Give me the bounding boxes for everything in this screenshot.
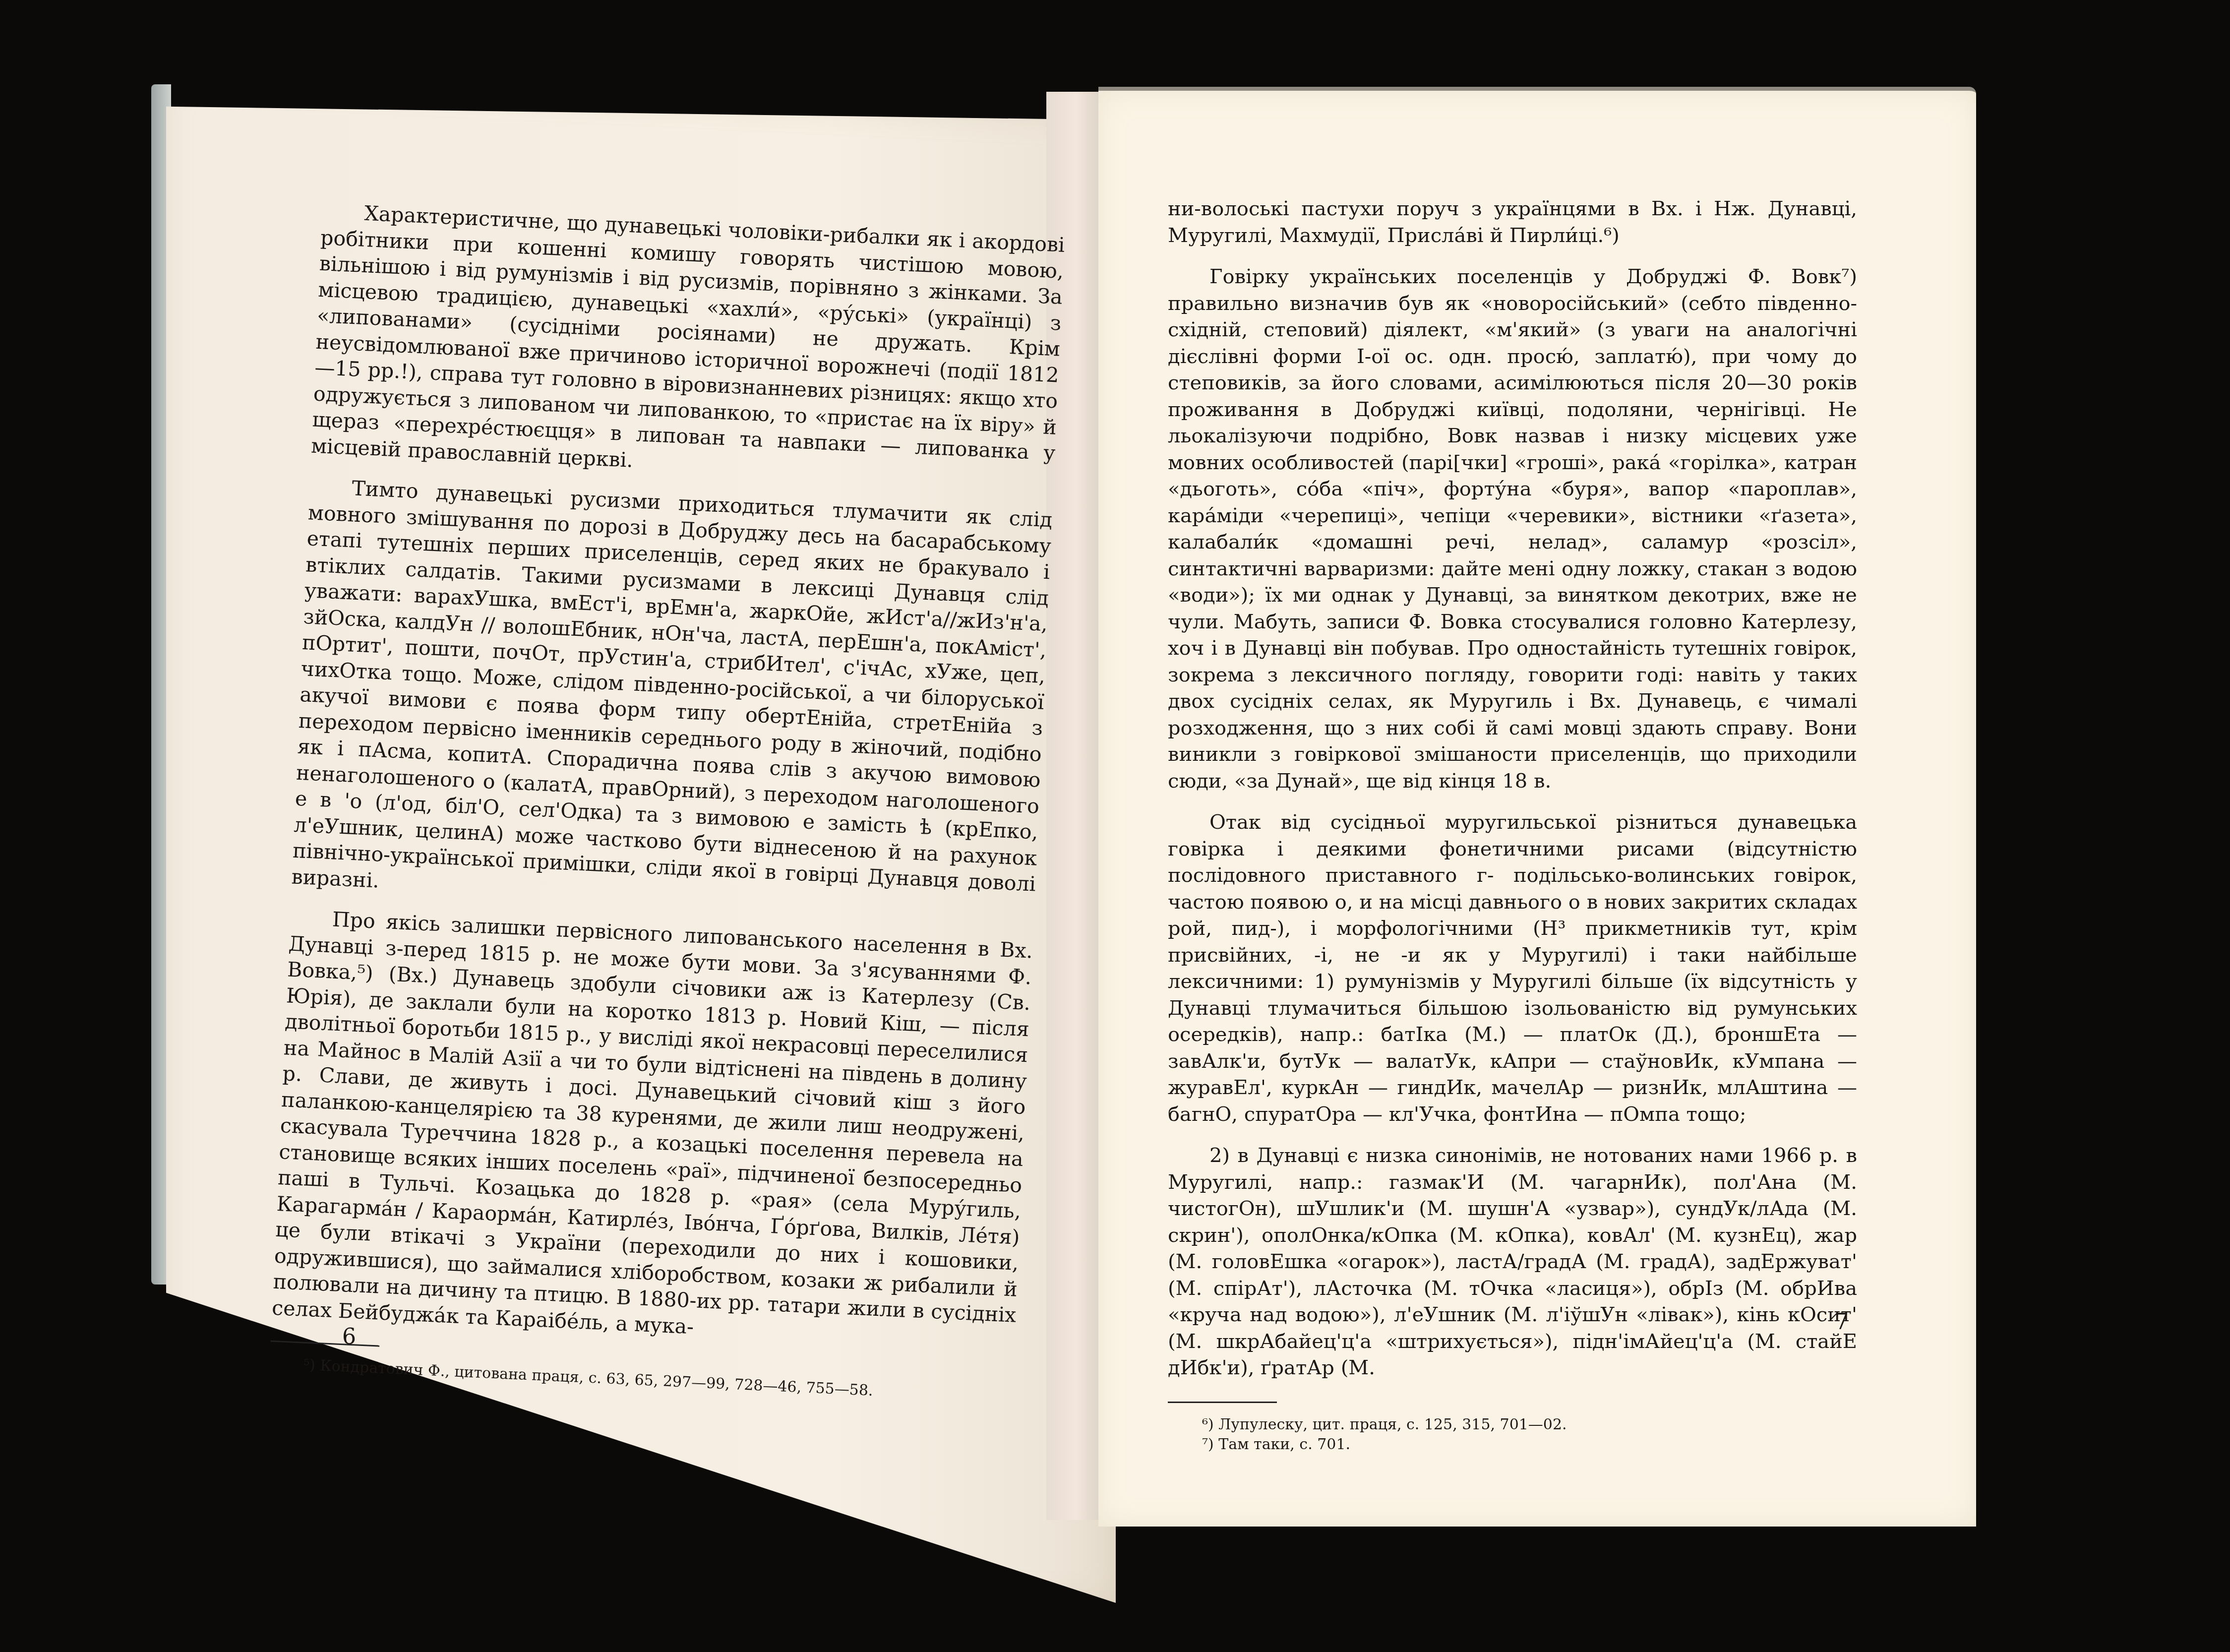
paragraph: Говірку українських поселенців у Добрудж… bbox=[1168, 264, 1857, 795]
paragraph: Отак від сусідньої муругильської різнить… bbox=[1168, 809, 1857, 1128]
footnote: ⁶) Лупулеску, цит. праця, с. 125, 315, 7… bbox=[1168, 1415, 1857, 1435]
paragraph: ни-волоські пастухи поруч з українцями в… bbox=[1168, 196, 1857, 249]
right-page-text: ни-волоські пастухи поруч з українцями в… bbox=[1168, 196, 1857, 1455]
footnote: ⁷) Там таки, с. 701. bbox=[1168, 1435, 1857, 1455]
left-page-text: Характеристичне, що дунавецькі чоловіки-… bbox=[269, 198, 1065, 1407]
page-number-right: 7 bbox=[1835, 1309, 1849, 1335]
footnote-rule bbox=[270, 1341, 379, 1347]
paragraph: 2) в Дунавці є низка синонімів, не нотов… bbox=[1168, 1143, 1857, 1382]
paragraph: Характеристичне, що дунавецькі чоловіки-… bbox=[310, 198, 1065, 492]
paragraph: Про якісь залишки первісного липовансько… bbox=[271, 905, 1033, 1354]
page-number-left: 6 bbox=[342, 1324, 356, 1349]
paragraph: Тимто дунавецькі русизми приходиться тлу… bbox=[291, 473, 1053, 923]
footnote-rule bbox=[1168, 1402, 1277, 1403]
